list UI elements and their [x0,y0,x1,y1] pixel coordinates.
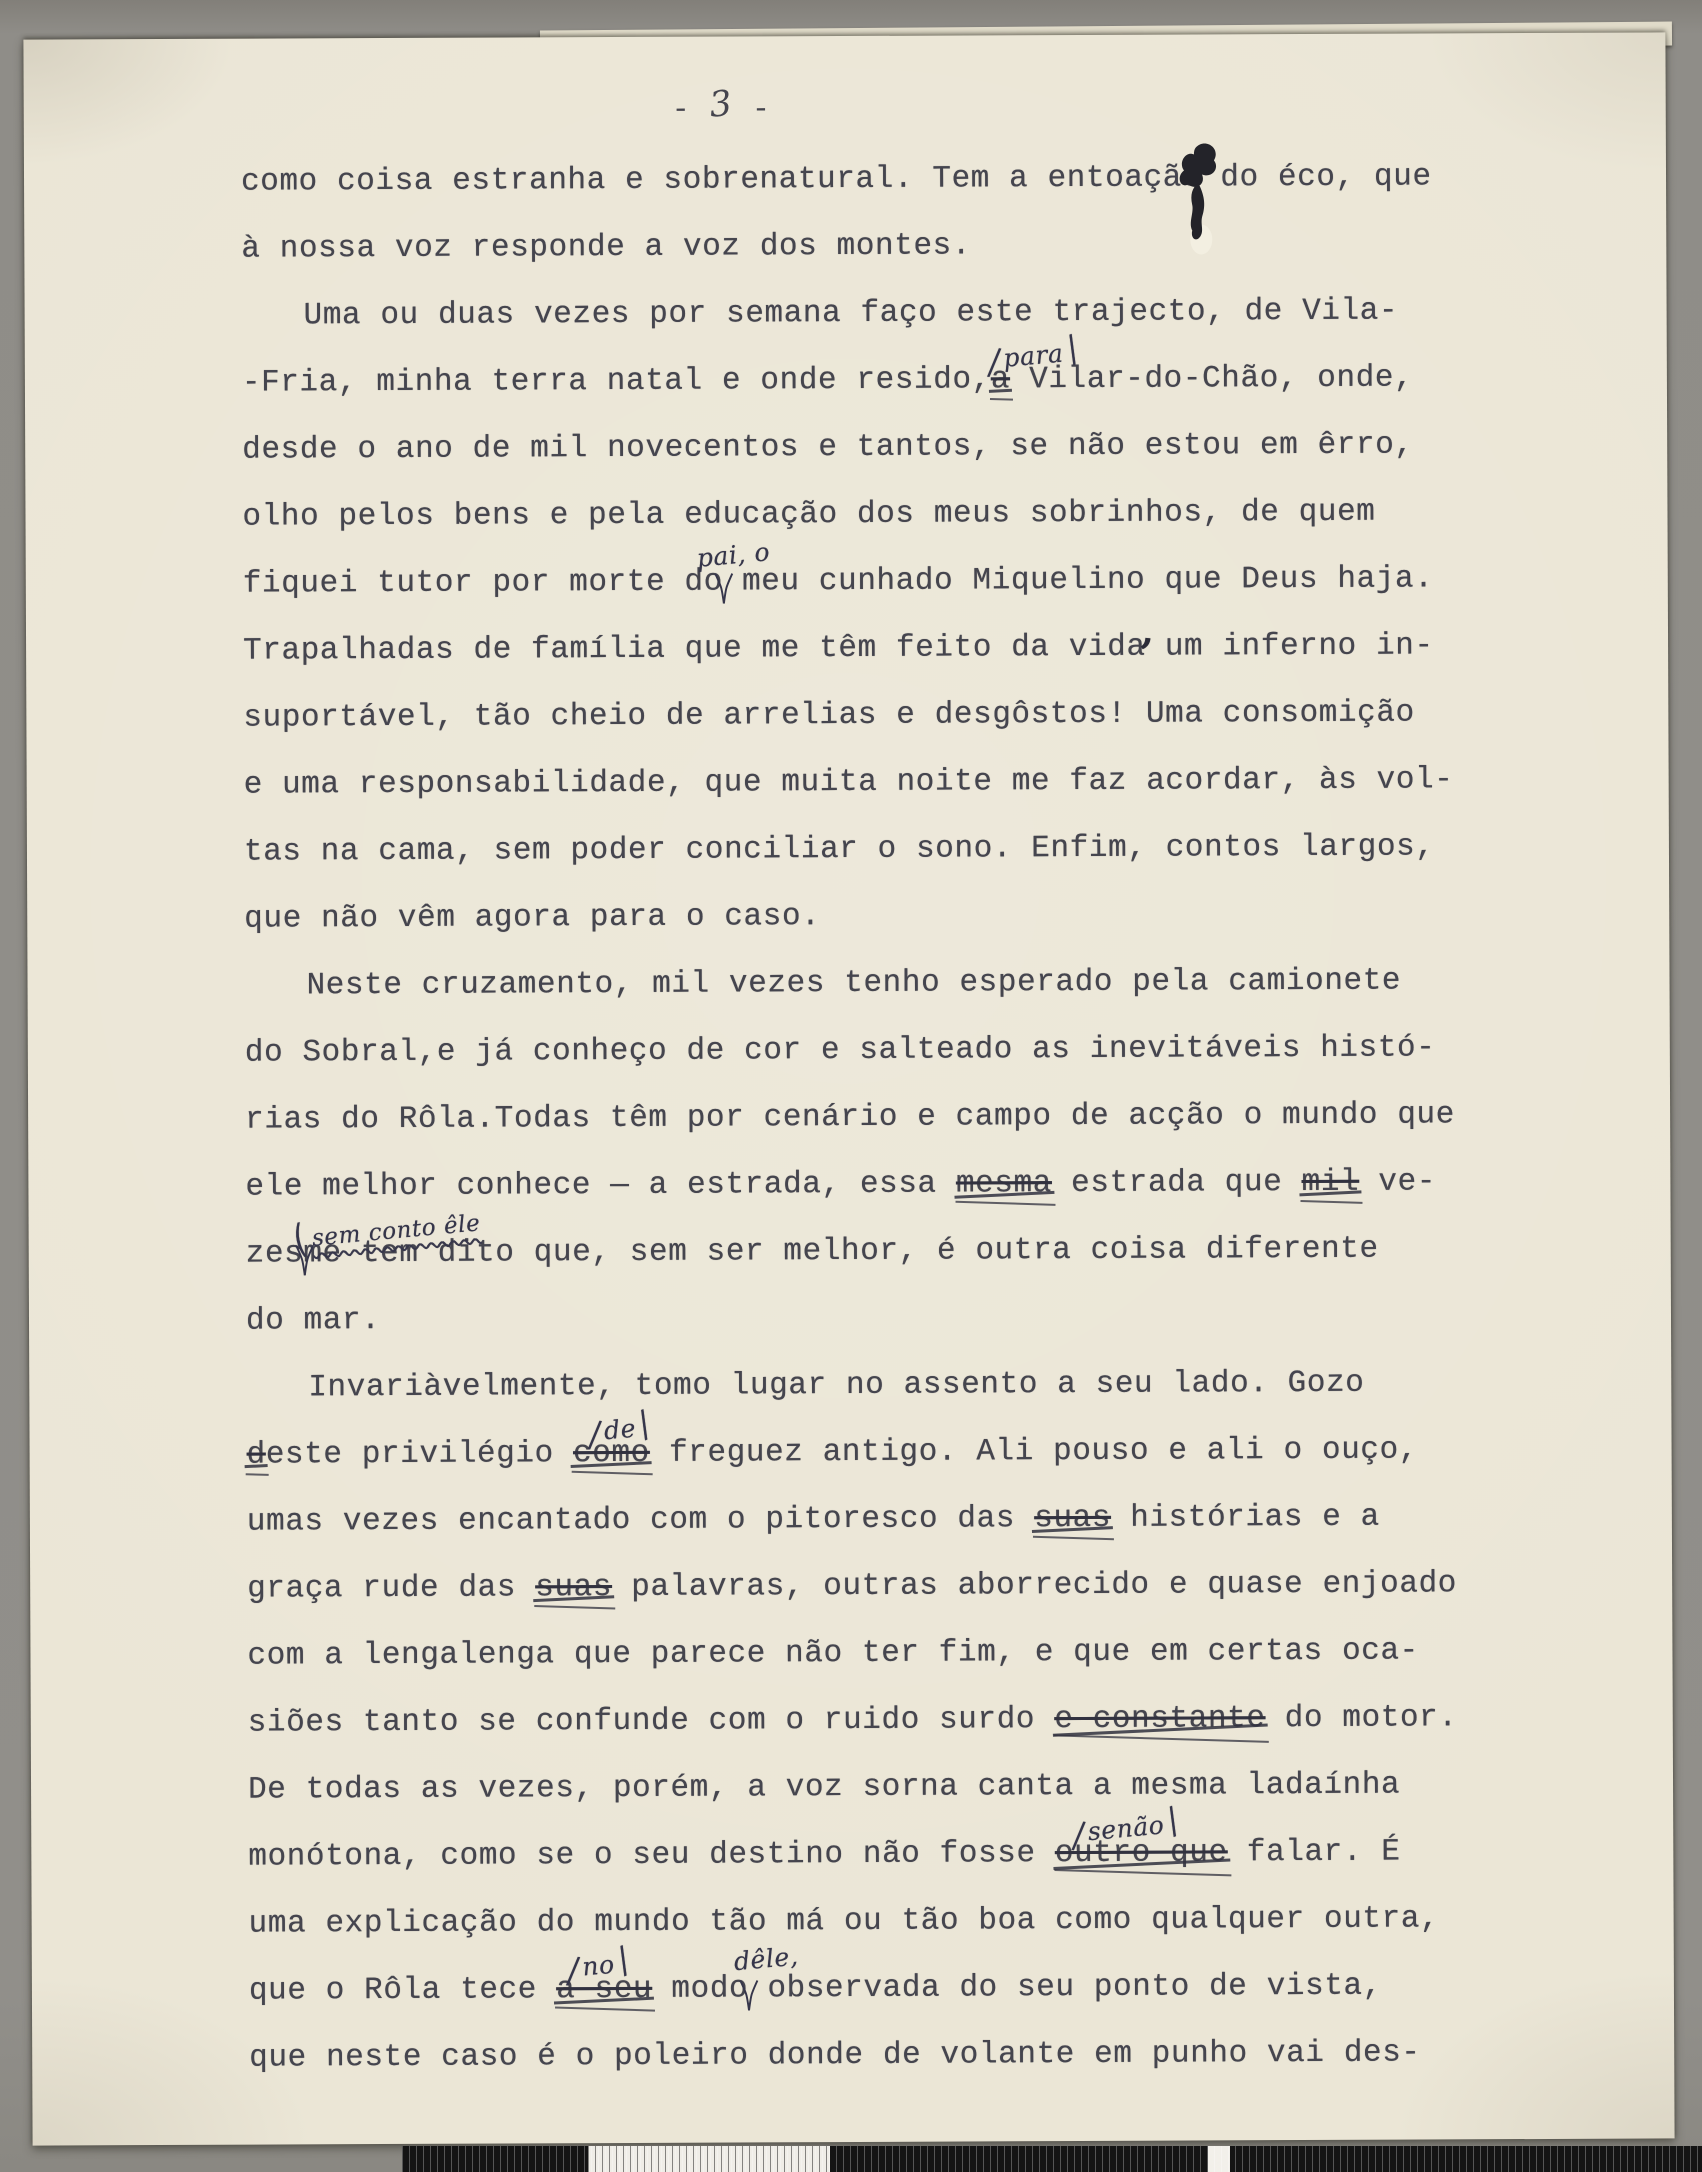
typed-text-block: como coisa estranha e sobrenatural. Tem … [241,143,1584,2092]
typed-text: desde o ano de mil novecentos e tantos, … [242,428,1414,468]
typed-line: Neste cruzamento, mil vezes tenho espera… [244,947,1579,1020]
typed-text: ele melhor conhece — a estrada, essa [245,1167,956,1205]
typed-line: -Fria, minha terra natal e onde resido,/… [242,344,1577,417]
typed-text: Trapalhadas de família que me têm feito … [243,628,1434,668]
typed-text: que Deus haja. [1145,561,1433,597]
typed-line: do mar. [246,1282,1581,1355]
insertion-mark: / [1061,330,1084,368]
typed-text: como coisa estranha e sobrenatural. Tem … [241,159,1432,199]
caret-mark [737,1979,761,2011]
typed-text: histórias e a [1111,1500,1380,1536]
typed-line: fiquei tutor por morte dopai, o meu cunh… [243,545,1578,618]
typed-line: que neste caso é o poleiro donde de vola… [249,2019,1584,2092]
struck-text: mesma [956,1166,1052,1201]
page-number: -3- [672,86,772,127]
typed-text: tas na cama, sem poder conciliar o sono.… [244,829,1435,869]
handwritten-word: /de/ [585,1411,656,1446]
typed-text: umas vezes encantado com o pitoresco das [247,1501,1034,1539]
typed-line: e uma responsabilidade, que muita noite … [244,746,1579,819]
typed-text: fiquei tutor por morte do [243,565,723,602]
typed-text: Vilar-do-Chão, onde, [1010,361,1413,398]
typed-text: rias do Rôla.Todas têm por cenário e cam… [245,1097,1455,1137]
typed-text: ve- [1359,1164,1436,1199]
ruler-segment [588,2146,830,2172]
typed-line: Uma ou duas vezes por semana faço este t… [241,277,1576,350]
typed-line: tas na cama, sem poder conciliar o sono.… [244,813,1579,886]
typed-line: como coisa estranha e sobrenatural. Tem … [241,143,1576,216]
typed-text: Neste cruzamento, mil vezes tenho espera… [306,964,1401,1004]
typed-line: desde o ano de mil novecentos e tantos, … [242,411,1577,484]
typed-text: freguez antigo. Ali pouso e ali o ouço, [650,1433,1418,1471]
typed-text: monótona, como se o seu destino não foss… [248,1836,1055,1875]
typed-line: monótona, como se o seu destino não foss… [248,1818,1583,1891]
typed-line: Trapalhadas de família que me têm feito … [243,612,1578,685]
typed-text: do Sobral,e já conheço de cor e salteado… [245,1030,1436,1070]
manuscript-page: -3- como coisa estranha e sobrenatural. … [23,32,1674,2145]
typed-line: que o Rôla tece a seu/no/ mododêle, obse… [249,1952,1584,2025]
typed-text: Uma ou duas vezes por semana faço este t… [304,294,1399,334]
typed-line: que não vêm agora para o caso. [244,880,1579,953]
caret-mark [292,1244,316,1276]
typed-line: à nossa voz responde a voz dos montes. [241,210,1576,283]
struck-text: e constante [1054,1701,1265,1737]
typed-text: modo [652,1971,748,2006]
typed-text: uma explicação do mundo tão má ou tão bo… [249,1901,1440,1941]
typed-text: De todas as vezes, porém, a voz sorna ca… [248,1768,1400,1808]
ruler-segment [1208,2146,1230,2172]
typed-text: com a lengalenga que parece não ter fim,… [247,1634,1419,1674]
typed-line: do Sobral,e já conheço de cor e salteado… [245,1014,1580,1087]
typed-line: De todas as vezes, porém, a voz sorna ca… [248,1751,1583,1824]
struck-text: mil [1302,1165,1360,1200]
typed-line: rias do Rôla.Todas têm por cenário e cam… [245,1081,1580,1154]
struck-text: d [247,1438,266,1473]
scanned-page-background: -3- como coisa estranha e sobrenatural. … [0,0,1702,2172]
typed-text: estrada que [1052,1165,1302,1201]
handwritten-word: /no/ [563,1947,634,1982]
page-number-dash-right: - [752,93,772,127]
typed-text: falar. É [1228,1835,1401,1871]
typed-text: à nossa voz responde a voz dos montes. [241,228,971,266]
typed-text: suportável, tão cheio de arrelias e desg… [243,696,1415,736]
typed-line: com a lengalenga que parece não ter fim,… [247,1617,1582,1690]
typed-text: -Fria, minha terra natal e onde resido, [242,362,991,400]
typed-text: observada do seu ponto de vista, [748,1969,1382,2007]
typed-text: e uma responsabilidade, que muita noite … [244,762,1454,802]
typed-line: graça rude das suas palavras, outras abo… [247,1550,1582,1623]
ink-blot [1174,142,1225,262]
typed-text: Invariàvelmente, tomo lugar no assento a… [308,1366,1364,1406]
typed-line: umas vezes encantado com o pitoresco das… [247,1483,1582,1556]
page-number-dash-left: - [672,94,692,128]
typed-line: olho pelos bens e pela educação dos meus… [242,478,1577,551]
typed-line: suportável, tão cheio de arrelias e desg… [243,679,1578,752]
typed-text: este privilégio [266,1436,573,1472]
typed-line: siões tanto se confunde com o ruido surd… [248,1684,1583,1757]
typed-text: que não vêm agora para o caso. [244,899,820,937]
typed-text: do motor. [1265,1700,1457,1736]
typed-line: uma explicação do mundo tão má ou tão bo… [248,1885,1583,1958]
handwritten-word: dêle, [733,1943,800,1974]
calibration-ruler [402,2146,1702,2172]
typed-line: zes(sem conto êleme tem dito que, sem se… [246,1215,1581,1288]
typed-text: graça rude das [247,1570,535,1606]
struck-text: suas [535,1570,612,1605]
page-number-numeral: 3 [707,83,735,125]
typed-text: siões tanto se confunde com o ruido surd… [248,1702,1055,1741]
typed-text: palavras, outras aborrecido e quase enjo… [612,1566,1457,1605]
caret-mark [712,572,736,604]
typed-text: que neste caso é o poleiro donde de vola… [249,2036,1421,2076]
typed-text: que o Rôla tece [249,1972,556,2008]
typed-text: do mar. [246,1303,381,1339]
typed-text: meu cunhado Miquelino [723,563,1146,600]
typed-line: deste privilégio como/de/ freguez antigo… [246,1416,1581,1489]
struck-text: suas [1034,1501,1111,1536]
typed-line: Invariàvelmente, tomo lugar no assento a… [246,1349,1581,1422]
typed-text: olho pelos bens e pela educação dos meus… [242,495,1375,535]
handwritten-word: pai, o [696,539,771,571]
